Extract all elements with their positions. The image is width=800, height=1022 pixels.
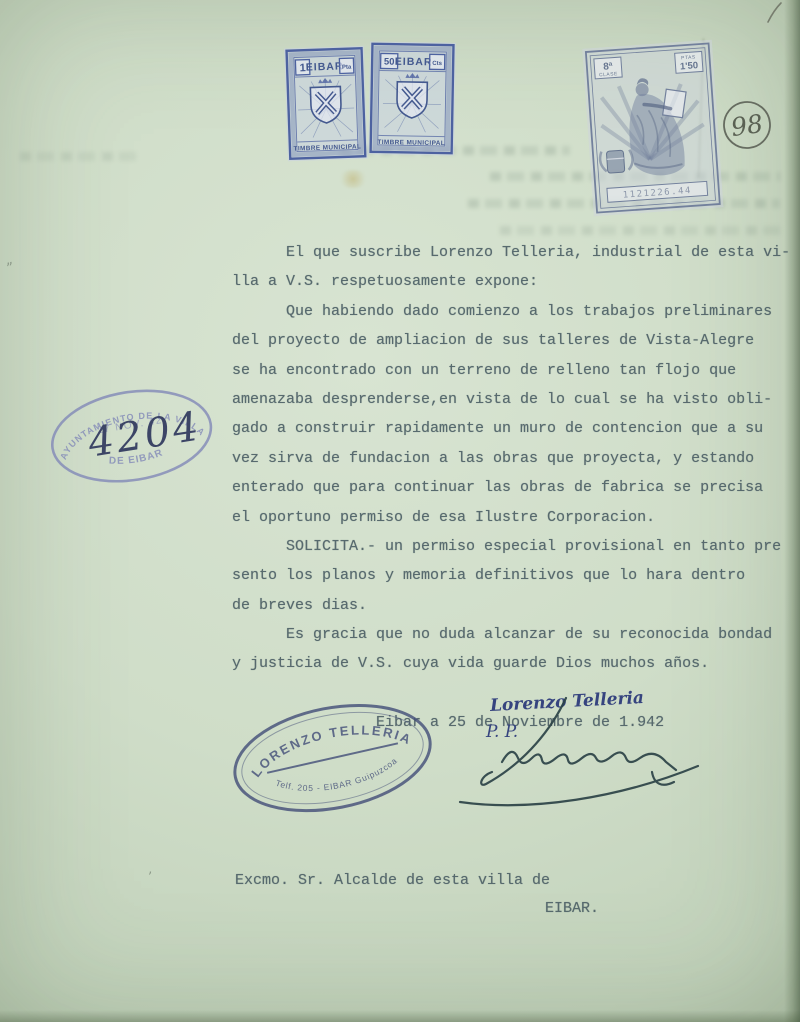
stamp-caption: TIMBRE MUNICIPAL <box>377 139 445 147</box>
typewritten-line: enterado que para continuar las obras de… <box>232 473 790 502</box>
fiscal-value: 1'50 <box>680 60 699 72</box>
typewritten-line: del proyecto de ampliacion de sus taller… <box>232 326 790 355</box>
fiscal-class-value: 8ª <box>603 61 613 73</box>
stamp-unit: Pta <box>342 65 352 71</box>
stamp-denomination: 50 <box>384 57 395 68</box>
handwritten-signature <box>440 680 740 820</box>
svg-text:LORENZO TELLERIA: LORENZO TELLERIA <box>243 710 418 782</box>
fiscal-stamp: 8ª CLASE PTAS 1'50 <box>582 40 724 222</box>
folio-circle: 98 <box>719 98 775 159</box>
document-page: „ ’ 1 EIBAR Pta <box>0 0 800 1022</box>
municipal-stamp-1pta: 1 EIBAR Pta TIM <box>284 46 368 167</box>
typewritten-line: gado a construir rapidamente un muro de … <box>232 414 790 443</box>
margin-mark: „ <box>3 251 14 268</box>
typewritten-line: Es gracia que no duda alcanzar de su rec… <box>232 620 790 649</box>
typewritten-body: El que suscribe Lorenzo Telleria, indust… <box>232 238 790 738</box>
typewritten-line: se ha encontrado con un terreno de relle… <box>232 356 790 385</box>
typewritten-line: sento los planos y memoria definitivos q… <box>232 561 790 590</box>
paper-stain <box>338 170 368 188</box>
typewritten-line: Que habiendo dado comienzo a los trabajo… <box>232 297 790 326</box>
bleed-through-smudge <box>20 152 140 161</box>
typewritten-line: El que suscribe Lorenzo Telleria, indust… <box>232 238 790 267</box>
bleed-through-smudge <box>500 226 780 235</box>
typewritten-line: lla a V.S. respetuosamente expone: <box>232 267 790 296</box>
typewritten-line: amenazaba desprenderse,en vista de lo cu… <box>232 385 790 414</box>
typewritten-line: y justicia de V.S. cuya vida guarde Dios… <box>232 649 790 678</box>
addressee-line: Excmo. Sr. Alcalde de esta villa de <box>235 872 550 889</box>
pencil-corner-mark <box>760 0 790 26</box>
typewritten-line: el oportuno permiso de esa Ilustre Corpo… <box>232 503 790 532</box>
stamp-city: EIBAR <box>395 56 433 69</box>
margin-mark: ’ <box>148 870 152 885</box>
municipal-stamp-50cts: 50 EIBAR Cts TIMBRE MUNICIPAL <box>368 41 456 160</box>
stamp-unit: Cts <box>432 61 442 67</box>
fiscal-class-label: CLASE <box>599 71 618 78</box>
addressee-city: EIBAR. <box>545 900 599 917</box>
typewritten-line: de breves dias. <box>232 591 790 620</box>
telleria-top-arc-text: LORENZO TELLERIA <box>243 710 418 782</box>
stamp-city: EIBAR <box>306 60 344 73</box>
folio-number: 98 <box>729 109 765 142</box>
typewritten-line: SOLICITA.- un permiso especial provision… <box>232 532 790 561</box>
page-edge-shadow <box>0 1010 800 1022</box>
typewritten-line: vez sirva de fundacion a las obras que p… <box>232 444 790 473</box>
